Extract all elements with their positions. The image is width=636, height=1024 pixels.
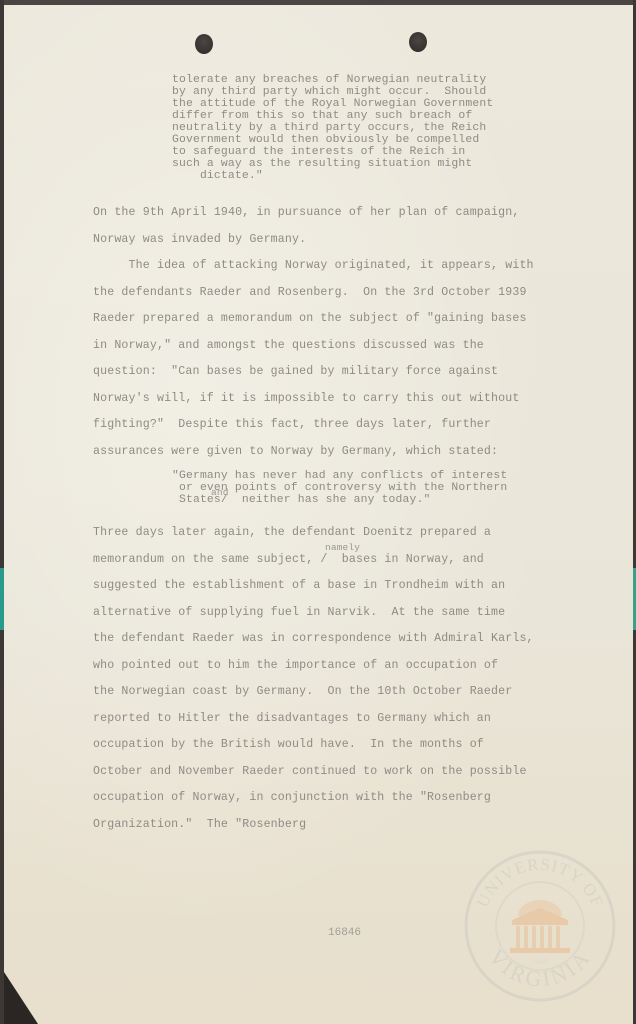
quote-line: the attitude of the Royal Norwegian Gove… <box>172 99 493 111</box>
interlineation-and: and <box>211 487 229 498</box>
interlineation-namely: namely <box>325 542 360 553</box>
body-line: occupation by the British would have. In… <box>93 738 484 751</box>
body-line: question: "Can bases be gained by milita… <box>93 365 498 378</box>
body-line: Organization." The "Rosenberg <box>93 818 306 831</box>
quote-line: to safeguard the interests of the Reich … <box>172 147 465 159</box>
body-line: Norway was invaded by Germany. <box>93 233 306 246</box>
body-line: The idea of attacking Norway originated,… <box>93 259 534 272</box>
body-line: On the 9th April 1940, in pursuance of h… <box>93 206 519 219</box>
quote-line: dictate." <box>172 171 263 183</box>
body-line: Raeder prepared a memorandum on the subj… <box>93 312 527 325</box>
quote-line: Government would then obviously be compe… <box>172 135 479 147</box>
punch-hole-icon <box>195 34 213 54</box>
body-line: alternative of supplying fuel in Narvik.… <box>93 606 505 619</box>
svg-text:1819: 1819 <box>532 957 548 966</box>
body-line: occupation of Norway, in conjunction wit… <box>93 791 491 804</box>
body-line: Three days later again, the defendant Do… <box>93 526 491 539</box>
body-line: memorandum on the same subject, / bases … <box>93 553 484 566</box>
body-line: in Norway," and amongst the questions di… <box>93 339 484 352</box>
quote-line: neutrality by a third party occurs, the … <box>172 123 486 135</box>
body-line: the Norwegian coast by Germany. On the 1… <box>93 685 512 698</box>
body-line: Norway's will, if it is impossible to ca… <box>93 392 519 405</box>
body-line: fighting?" Despite this fact, three days… <box>93 418 491 431</box>
rotunda-seal-icon: UNIVERSITY OF VIRGINIA 1819 <box>462 848 618 1004</box>
torn-corner <box>4 972 38 1024</box>
body-line: the defendants Raeder and Rosenberg. On … <box>93 286 527 299</box>
document-page: tolerate any breaches of Norwegian neutr… <box>4 5 633 1024</box>
punch-hole-icon <box>409 32 427 52</box>
body-line: assurances were given to Norway by Germa… <box>93 445 498 458</box>
body-line: October and November Raeder continued to… <box>93 765 527 778</box>
quote-line: "Germany has never had any conflicts of … <box>172 471 507 483</box>
quote-line: differ from this so that any such breach… <box>172 111 472 123</box>
quote-line: by any third party which might occur. Sh… <box>172 87 486 99</box>
quote-line: tolerate any breaches of Norwegian neutr… <box>172 75 486 87</box>
body-line: suggested the establishment of a base in… <box>93 579 505 592</box>
page-number: 16846 <box>328 927 361 939</box>
quote-line: such a way as the resulting situation mi… <box>172 159 472 171</box>
body-line: the defendant Raeder was in corresponden… <box>93 632 534 645</box>
body-line: who pointed out to him the importance of… <box>93 659 498 672</box>
body-line: reported to Hitler the disadvantages to … <box>93 712 491 725</box>
